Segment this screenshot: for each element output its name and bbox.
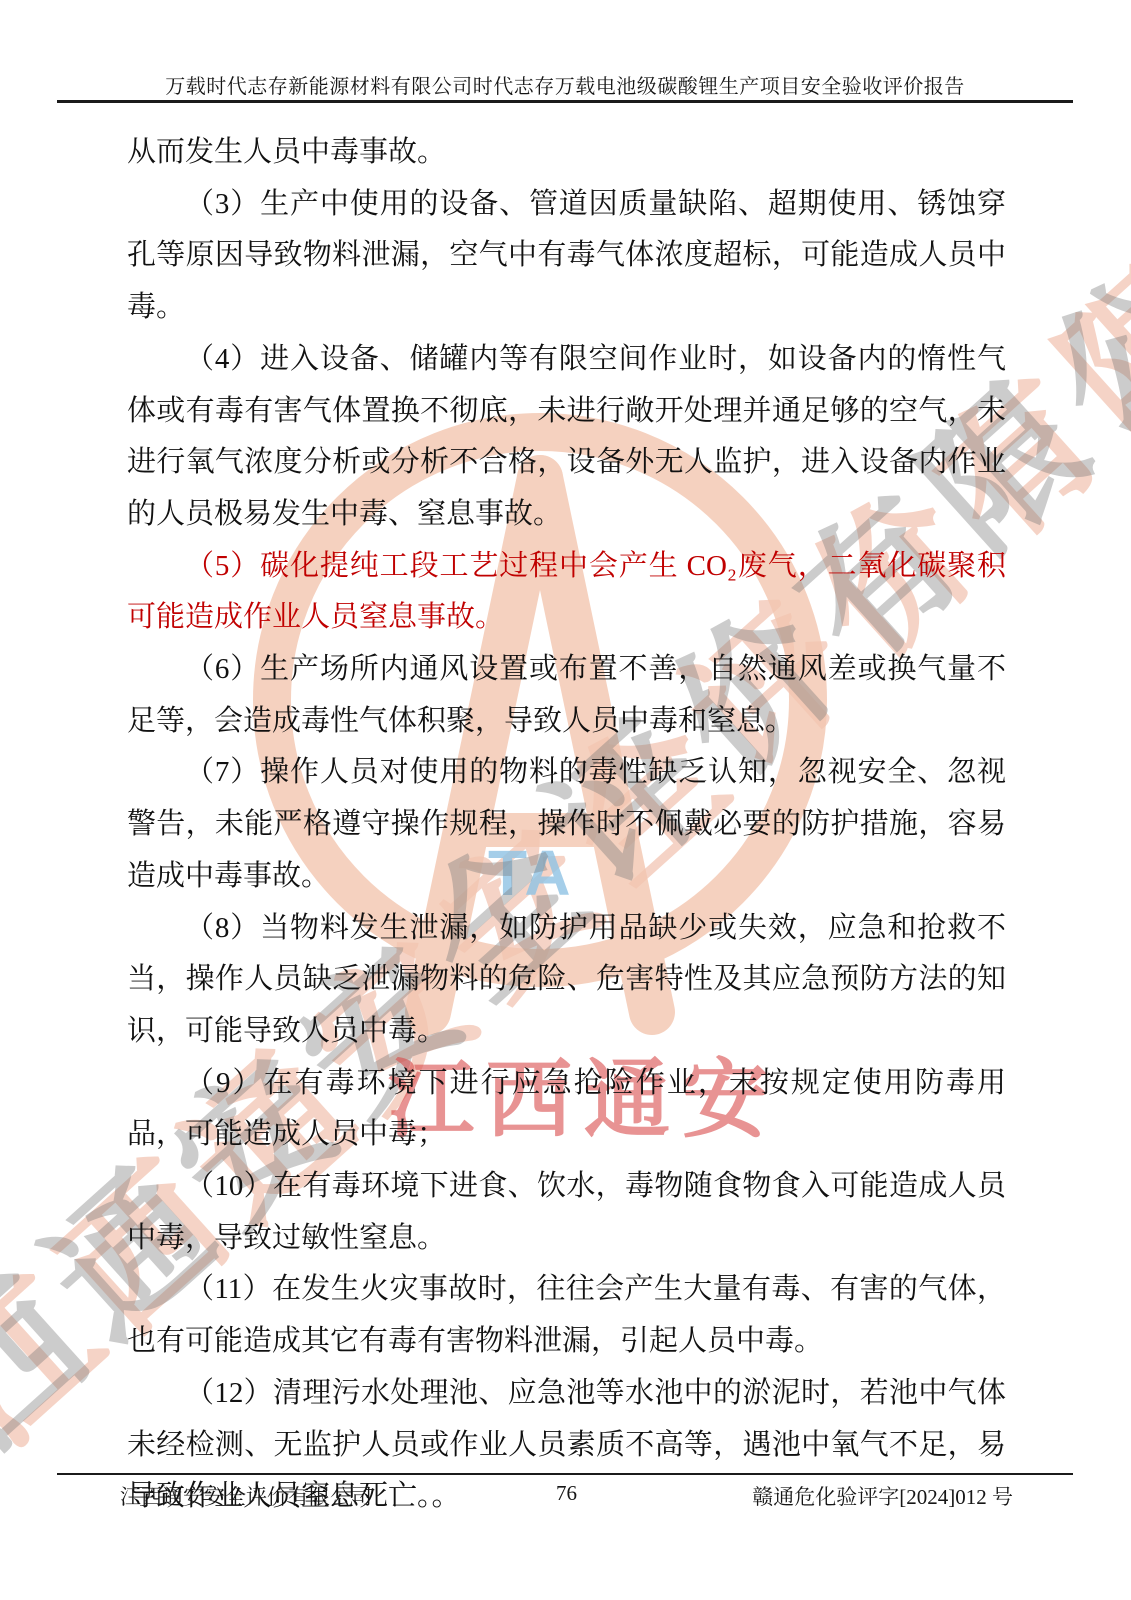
- paragraph-item-7: （7）操作人员对使用的物料的毒性缺乏认知，忽视安全、忽视警告，未能严格遵守操作规…: [127, 747, 1006, 902]
- report-page: 江西通安安全评价有限公司 TA 江西通安安全评价有限公司 江西通安 万载时代志存…: [0, 0, 1131, 1600]
- footer-page-number: 76: [507, 1481, 627, 1506]
- paragraph-item-3: （3）生产中使用的设备、管道因质量缺陷、超期使用、锈蚀穿孔等原因导致物料泄漏，空…: [127, 179, 1006, 334]
- paragraph-item-5-highlighted: （5）碳化提纯工段工艺过程中会产生 CO₂废气，二氧化碳聚积可能造成作业人员窒息…: [127, 541, 1006, 644]
- paragraph-item-4: （4）进入设备、储罐内等有限空间作业时，如设备内的惰性气体或有毒有害气体置换不彻…: [127, 334, 1006, 541]
- footer-doc-number: 赣通危化验评字[2024]012 号: [627, 1481, 1074, 1511]
- page-footer: 江西通安安全评价有限公司 76 赣通危化验评字[2024]012 号: [57, 1481, 1073, 1511]
- page-header-title: 万载时代志存新能源材料有限公司时代志存万载电池级碳酸锂生产项目安全验收评价报告: [57, 70, 1073, 99]
- paragraph-item-6: （6）生产场所内通风设置或布置不善，自然通风差或换气量不足等，会造成毒性气体积聚…: [127, 644, 1006, 747]
- page-content: 万载时代志存新能源材料有限公司时代志存万载电池级碳酸锂生产项目安全验收评价报告 …: [0, 0, 1131, 1600]
- header-rule: [57, 100, 1073, 103]
- body-text: 从而发生人员中毒事故。 （3）生产中使用的设备、管道因质量缺陷、超期使用、锈蚀穿…: [127, 127, 1006, 1523]
- paragraph-item-10: （10）在有毒环境下进食、饮水，毒物随食物食入可能造成人员中毒，导致过敏性窒息。: [127, 1161, 1006, 1264]
- paragraph-item-9: （9）在有毒环境下进行应急抢险作业，未按规定使用防毒用品，可能造成人员中毒；: [127, 1058, 1006, 1161]
- footer-rule: [57, 1473, 1073, 1475]
- paragraph-item-11: （11）在发生火灾事故时，往往会产生大量有毒、有害的气体，也有可能造成其它有毒有…: [127, 1264, 1006, 1367]
- paragraph-item-8: （8）当物料发生泄漏，如防护用品缺少或失效，应急和抢救不当，操作人员缺乏泄漏物料…: [127, 903, 1006, 1058]
- paragraph-continuation: 从而发生人员中毒事故。: [127, 127, 1006, 179]
- footer-company: 江西通安安全评价有限公司: [57, 1481, 507, 1511]
